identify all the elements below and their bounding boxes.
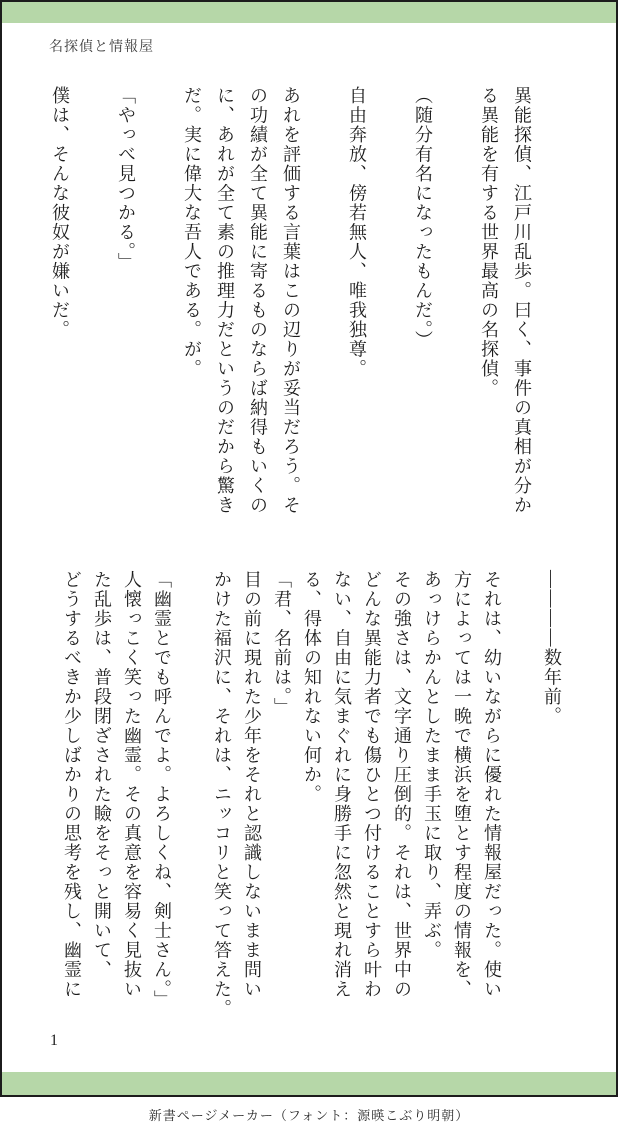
vertical-text-line xyxy=(76,86,109,536)
vertical-text-line: ない、自由に気まぐれに身勝手に忽然と現れ消え xyxy=(327,570,357,1030)
vertical-text-line xyxy=(177,570,207,1030)
vertical-text-line: の功績が全て異能に寄るものならば納得もいくの xyxy=(241,86,274,536)
vertical-text-line: 「君、名前は。」 xyxy=(267,570,297,1030)
vertical-text-line: あっけらかんとしたまま手玉に取り、弄ぶ。 xyxy=(417,570,447,1030)
app-caption: 新書ページメーカー（フォント：源暎こぶり明朝） xyxy=(149,1105,469,1124)
vertical-text-line xyxy=(142,86,175,536)
vertical-text-line: る、得体の知れない何か。 xyxy=(297,570,327,1030)
vertical-text-line: る異能を有する世界最高の名探偵。 xyxy=(472,86,505,536)
caption-strip: 新書ページメーカー（フォント：源暎こぶり明朝） xyxy=(0,1097,618,1132)
vertical-text-line: 僕は、そんな彼奴が嫌いだ。 xyxy=(43,86,76,536)
vertical-text-line: ――――数年前。 xyxy=(537,570,567,1030)
vertical-text-line: 方によっては一晩で横浜を堕とす程度の情報を、 xyxy=(447,570,477,1030)
text-band-1: 異能探偵、江戸川乱歩。曰く、事件の真相が分かる異能を有する世界最高の名探偵。 （… xyxy=(43,86,538,536)
vertical-text-line xyxy=(373,86,406,536)
vertical-text-line: に、あれが全て素の推理力だというのだから驚き xyxy=(208,86,241,536)
vertical-text-line: あれを評価する言葉はこの辺りが妥当だろう。そ xyxy=(274,86,307,536)
running-header-title: 名探偵と情報屋 xyxy=(49,36,154,56)
footer-green-bar xyxy=(2,1072,616,1095)
vertical-text-line: それは、幼いながらに優れた情報屋だった。使い xyxy=(477,570,507,1030)
vertical-text-line: （随分有名になったもんだ。） xyxy=(406,86,439,536)
vertical-text-line: 自由奔放、傍若無人、唯我独尊。 xyxy=(340,86,373,536)
vertical-text-line xyxy=(307,86,340,536)
vertical-text-line: 人懐っこく笑った幽霊。その真意を容易く見抜い xyxy=(117,570,147,1030)
book-page: 名探偵と情報屋 異能探偵、江戸川乱歩。曰く、事件の真相が分かる異能を有する世界最… xyxy=(0,0,618,1097)
vertical-text-line: だ。実に偉大な吾人である。が。 xyxy=(175,86,208,536)
vertical-text-line: 目の前に現れた少年をそれと認識しないまま問い xyxy=(237,570,267,1030)
text-band-2: ――――数年前。 それは、幼いながらに優れた情報屋だった。使い方によっては一晩で… xyxy=(57,570,567,1030)
vertical-text-line: どんな異能力者でも傷ひとつ付けることすら叶わ xyxy=(357,570,387,1030)
vertical-text-line xyxy=(507,570,537,1030)
vertical-text-line: 「幽霊とでも呼んでよ。よろしくね、剣士さん。」 xyxy=(147,570,177,1030)
vertical-text-line xyxy=(439,86,472,536)
vertical-text-line: どうするべきか少しばかりの思考を残し、幽霊に xyxy=(57,570,87,1030)
vertical-text-line: かけた福沢に、それは、ニッコリと笑って答えた。 xyxy=(207,570,237,1030)
header-green-bar xyxy=(2,2,616,23)
vertical-text-line: その強さは、文字通り圧倒的。それは、世界中の xyxy=(387,570,417,1030)
vertical-text-line: た乱歩は、普段閉ざされた瞼をそっと開いて、 xyxy=(87,570,117,1030)
vertical-text-line: 異能探偵、江戸川乱歩。曰く、事件の真相が分か xyxy=(505,86,538,536)
page-number: 1 xyxy=(50,1032,58,1050)
vertical-text-line: 「やっべ見つかる。」 xyxy=(109,86,142,536)
